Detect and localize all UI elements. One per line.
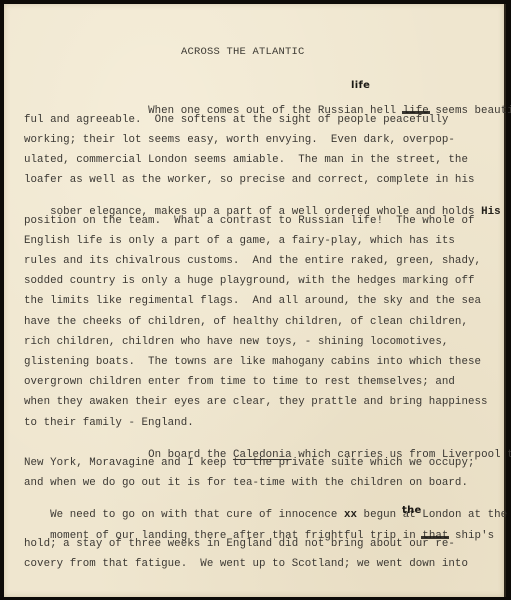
text-line: loafer as well as the worker, so precise… [24,174,475,186]
text-line: New York, Moravagine and I keep to the p… [24,457,475,469]
text-line: overgrown children enter from time to ti… [24,376,455,388]
text-line: and when we do go out it is for tea-time… [24,477,468,489]
line-text: ship's [448,530,494,542]
text-line: to their family - England. [24,417,194,429]
text-line: hold; a stay of three weeks in England d… [24,538,455,550]
text-line: rich children, children who have new toy… [24,336,448,348]
typescript-page: ACROSS THE ATLANTIC When one comes out o… [4,4,506,597]
text-line: when they awaken their eyes are clear, t… [24,396,488,408]
text-line: rules and its chivalrous customs. And th… [24,255,481,267]
text-line: working; their lot seems easy, worth env… [24,134,455,146]
text-line: covery from that fatigue. We went up to … [24,558,468,570]
handwritten-correction: the [402,505,422,516]
text-line: have the cheeks of children, of healthy … [24,316,468,328]
overtyped-word: His [481,206,501,218]
text-line: English life is only a part of a game, a… [24,235,455,247]
text-line: ulated, commercial London seems amiable.… [24,154,468,166]
text-line: glistening boats. The towns are like mah… [24,356,481,368]
handwritten-correction: life [351,80,370,91]
text-line: position on the team. What a contrast to… [24,215,475,227]
text-line: ful and agreeable. One softens at the si… [24,114,448,126]
text-line: sodded country is only a huge playground… [24,275,475,287]
document-title: ACROSS THE ATLANTIC [181,46,305,58]
text-line: the limits like regimental flags. And al… [24,295,481,307]
